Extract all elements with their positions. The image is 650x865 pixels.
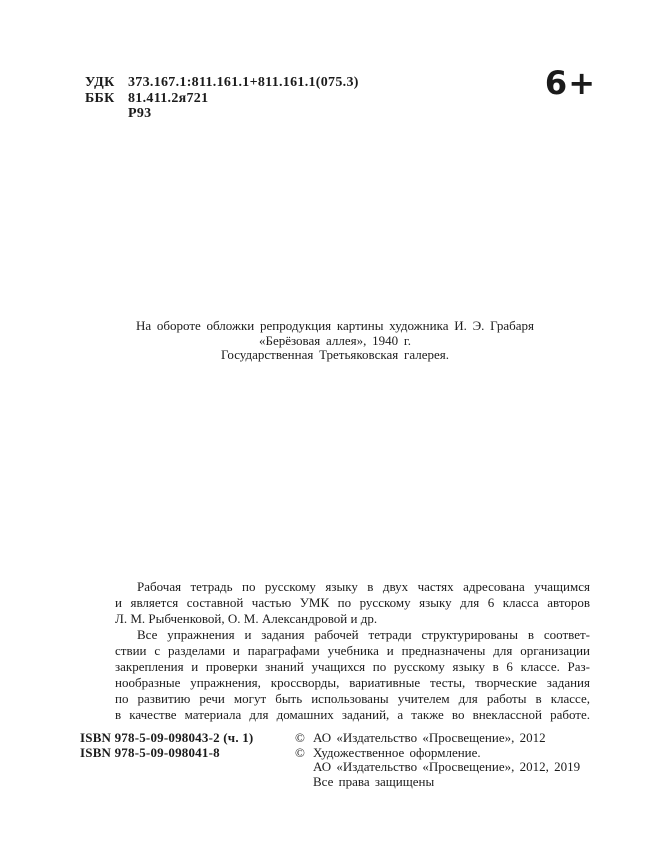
copyright-text: Художественное оформление.	[313, 746, 481, 761]
cover-note-line: «Берёзовая аллея», 1940 г.	[110, 334, 560, 349]
cover-note-line: На обороте обложки репродукция картины х…	[110, 319, 560, 334]
annotation-line: ствии с разделами и параграфами учебника…	[115, 643, 590, 659]
annotation-line: нообразные упражнения, кроссворды, вариа…	[115, 675, 590, 691]
bbk-value: 81.411.2я721	[128, 91, 208, 107]
copyright-text: АО «Издательство «Просвещение», 2012, 20…	[313, 760, 580, 775]
copyright-symbol	[295, 775, 313, 790]
annotation-line: закрепления и проверки знаний учащихся п…	[115, 659, 590, 675]
copyright-symbol: ©	[295, 731, 313, 746]
isbn-line: ISBN 978-5-09-098043-2 (ч. 1)	[80, 731, 253, 746]
annotation-line: Рабочая тетрадь по русскому языку в двух…	[115, 579, 590, 595]
copyright-line: Все права защищены	[295, 775, 580, 790]
annotation-line: Л. М. Рыбченковой, О. М. Александровой и…	[115, 611, 590, 627]
cover-note: На обороте обложки репродукция картины х…	[110, 319, 560, 363]
copyright-symbol: ©	[295, 746, 313, 761]
udk-value: 373.167.1:811.161.1+811.161.1(075.3)	[128, 75, 359, 91]
isbn-line: ISBN 978-5-09-098041-8	[80, 746, 253, 761]
copyright-line: © Художественное оформление.	[295, 746, 580, 761]
bbk-row: ББК 81.411.2я721	[85, 91, 359, 107]
author-sign-spacer	[85, 106, 128, 122]
isbn-block: ISBN 978-5-09-098043-2 (ч. 1) ISBN 978-5…	[80, 731, 253, 760]
classification-block: УДК 373.167.1:811.161.1+811.161.1(075.3)…	[85, 75, 359, 122]
copyright-block: © АО «Издательство «Просвещение», 2012 ©…	[295, 731, 580, 789]
annotation-line: Все упражнения и задания рабочей тетради…	[115, 627, 590, 643]
annotation-line: в качестве материала для домашних задани…	[115, 707, 590, 723]
author-sign: Р93	[128, 106, 151, 122]
udk-label: УДК	[85, 75, 128, 91]
age-rating-badge: 6+	[545, 66, 596, 101]
annotation-paragraph-2: Все упражнения и задания рабочей тетради…	[115, 627, 590, 723]
annotation-line: и является составной частью УМК по русск…	[115, 595, 590, 611]
copyright-text: АО «Издательство «Просвещение», 2012	[313, 731, 546, 746]
annotation-block: Рабочая тетрадь по русскому языку в двух…	[115, 579, 590, 723]
copyright-symbol	[295, 760, 313, 775]
cover-note-line: Государственная Третьяковская галерея.	[110, 348, 560, 363]
annotation-line: по развитию речи могут быть использованы…	[115, 691, 590, 707]
copyright-line: АО «Издательство «Просвещение», 2012, 20…	[295, 760, 580, 775]
author-sign-row: Р93	[85, 106, 359, 122]
copyright-text: Все права защищены	[313, 775, 434, 790]
book-imprint-page: УДК 373.167.1:811.161.1+811.161.1(075.3)…	[0, 0, 650, 865]
copyright-line: © АО «Издательство «Просвещение», 2012	[295, 731, 580, 746]
udk-row: УДК 373.167.1:811.161.1+811.161.1(075.3)	[85, 75, 359, 91]
annotation-paragraph-1: Рабочая тетрадь по русскому языку в двух…	[115, 579, 590, 627]
bbk-label: ББК	[85, 91, 128, 107]
